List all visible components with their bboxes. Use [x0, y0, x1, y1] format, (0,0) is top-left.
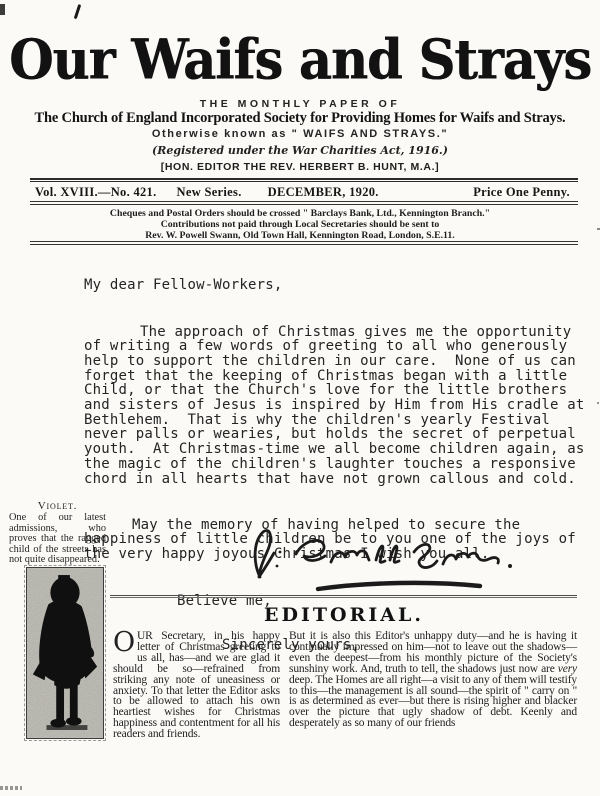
notice-line-2: Contributions not paid through Local Sec… — [0, 220, 600, 231]
society-name: The Church of England Incorporated Socie… — [0, 110, 600, 127]
double-rule — [30, 178, 578, 182]
series-label: New Series. — [177, 185, 242, 200]
newspaper-page: Our Waifs and Strays THE MONTHLY PAPER O… — [0, 0, 600, 796]
paper-title: Our Waifs and Strays — [0, 28, 600, 93]
editorial-column-right: But it is also this Editor's unhappy dut… — [289, 631, 577, 740]
section-divider — [110, 595, 577, 598]
scan-artifact-slash — [74, 4, 81, 19]
editor-credit: [HON. EDITOR THE REV. HERBERT B. HUNT, M… — [0, 161, 600, 173]
registration-note: (Registered under the War Charities Act,… — [0, 144, 600, 157]
paper-alias: Otherwise known as " WAIFS AND STRAYS." — [0, 128, 600, 140]
issue-line: Vol. XVIII.—No. 421. New Series. DECEMBE… — [35, 185, 570, 200]
figure-caption: One of our latest admissions, who proves… — [9, 513, 106, 566]
editorial-columns: OUR Secretary, in his happy letter of Ch… — [113, 631, 577, 740]
payment-notice: Cheques and Postal Orders should be cros… — [0, 209, 600, 241]
letter-salutation: My dear Fellow-Workers, — [84, 278, 586, 293]
double-rule — [30, 201, 578, 205]
notice-line-3: Rev. W. Powell Swann, Old Town Hall, Ken… — [0, 231, 600, 242]
volume-number: Vol. XVIII.—No. 421. — [35, 185, 157, 200]
price-label: Price One Penny. — [473, 185, 570, 200]
editorial-column-left: OUR Secretary, in his happy letter of Ch… — [113, 631, 280, 740]
figure-title: Violet. — [9, 500, 106, 512]
editorial-right-text: deep. The Homes are all right—a visit to… — [289, 674, 577, 730]
editorial-right-text: But it is also this Editor's unhappy dut… — [289, 630, 577, 675]
scan-artifact-stamp — [0, 786, 22, 790]
scan-artifact-edge — [0, 4, 5, 15]
letter-paragraph: The approach of Christmas gives me the o… — [84, 325, 586, 487]
editorial-left-text: UR Secretary, in his happy letter of Chr… — [113, 630, 280, 740]
handwritten-signature-image — [246, 523, 531, 601]
signature: W: Powell Swann. — [246, 523, 531, 601]
scan-artifact-speck — [597, 402, 599, 404]
editorial-heading: EDITORIAL. — [113, 604, 575, 626]
drop-cap: O — [113, 631, 137, 653]
paper-tagline: THE MONTHLY PAPER OF — [0, 98, 600, 110]
figure-caption-block: Violet. One of our latest admissions, wh… — [9, 500, 106, 566]
double-rule — [30, 241, 578, 245]
issue-date: DECEMBER, 1920. — [268, 185, 379, 200]
violet-photo — [26, 567, 104, 739]
child-silhouette-image — [27, 568, 103, 738]
